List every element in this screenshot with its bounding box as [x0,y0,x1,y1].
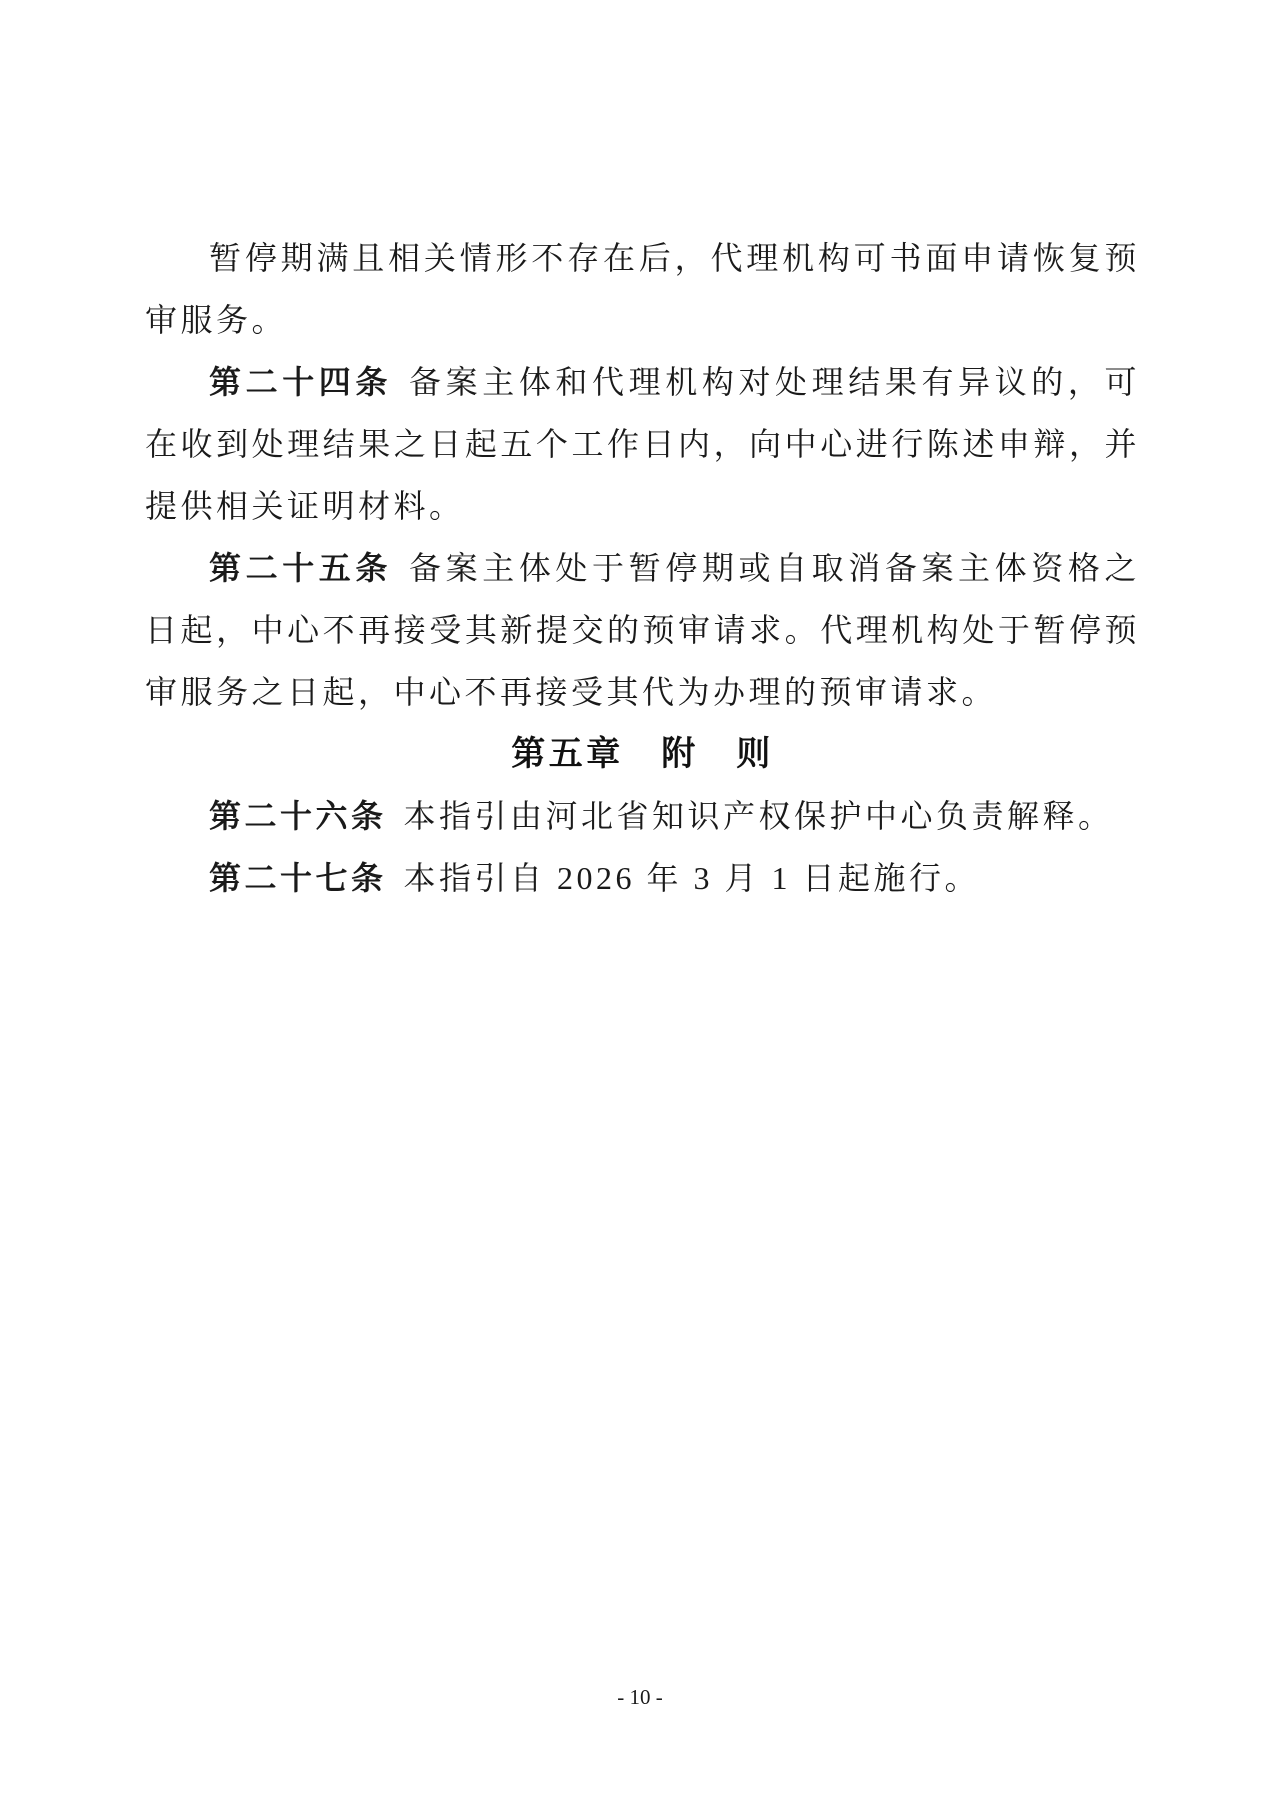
paragraph-text: 暂停期满且相关情形不存在后，代理机构可书面申请恢复预审服务。 [145,240,1140,338]
paragraph-text: 本指引自 2026 年 3 月 1 日起施行。 [404,860,981,896]
paragraph: 第二十七条本指引自 2026 年 3 月 1 日起施行。 [145,847,1140,909]
document-body: 暂停期满且相关情形不存在后，代理机构可书面申请恢复预审服务。 第二十四条备案主体… [145,0,1140,909]
page-footer: - 10 - [0,1683,1280,1711]
page-number: - 10 - [617,1685,663,1709]
article-number: 第二十六条 [209,798,387,834]
paragraph: 暂停期满且相关情形不存在后，代理机构可书面申请恢复预审服务。 [145,227,1140,351]
document-page: 暂停期满且相关情形不存在后，代理机构可书面申请恢复预审服务。 第二十四条备案主体… [0,0,1280,1810]
paragraph-text: 本指引由河北省知识产权保护中心负责解释。 [404,798,1114,834]
paragraph: 第二十五条备案主体处于暂停期或自取消备案主体资格之日起，中心不再接受其新提交的预… [145,537,1140,723]
paragraph: 第二十六条本指引由河北省知识产权保护中心负责解释。 [145,785,1140,847]
article-number: 第二十四条 [209,364,392,400]
article-number: 第二十五条 [209,550,392,586]
paragraph: 第二十四条备案主体和代理机构对处理结果有异议的，可在收到处理结果之日起五个工作日… [145,351,1140,537]
chapter-heading: 第五章 附 则 [145,723,1140,785]
article-number: 第二十七条 [209,860,387,896]
